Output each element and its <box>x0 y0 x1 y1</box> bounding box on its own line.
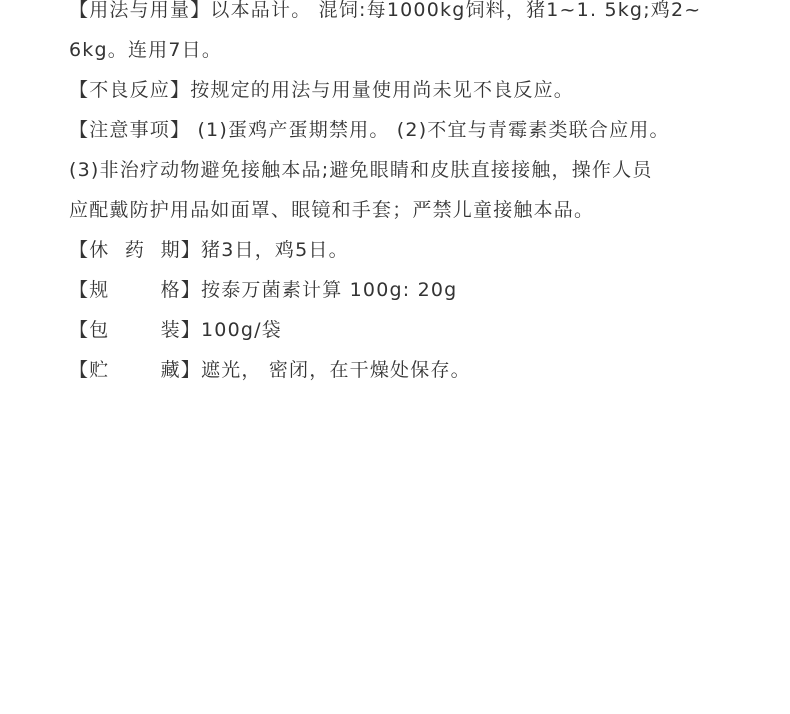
label-part: 药 <box>125 230 145 270</box>
label-part: 藏】 <box>161 350 201 390</box>
packaging-label: 【包 装】 <box>69 310 201 350</box>
precautions-text: (1)蛋鸡产蛋期禁用。 (2)不宜与青霉素类联合应用。 <box>190 119 670 141</box>
label-part: 装】 <box>161 310 201 350</box>
withdrawal-period-line: 【休 药 期】 猪3日，鸡5日。 <box>69 230 729 270</box>
label-part: 【规 <box>69 270 109 310</box>
packaging-line: 【包 装】 100g/袋 <box>69 310 729 350</box>
storage-label: 【贮 藏】 <box>69 350 201 390</box>
precautions-line-2: (3)非治疗动物避免接触本品;避免眼睛和皮肤直接接触，操作人员 <box>69 150 729 190</box>
precautions-label: 【注意事项】 <box>69 110 190 150</box>
precautions-line-1: 【注意事项】 (1)蛋鸡产蛋期禁用。 (2)不宜与青霉素类联合应用。 <box>69 110 729 150</box>
product-instructions: 【用法与用量】以本品计。 混饲:每1000kg饲料，猪1~1. 5kg;鸡2~ … <box>69 0 729 390</box>
storage-line: 【贮 藏】 遮光， 密闭，在干燥处保存。 <box>69 350 729 390</box>
precautions-text-continued-2: 应配戴防护用品如面罩、眼镜和手套；严禁儿童接触本品。 <box>69 199 594 221</box>
specification-text: 按泰万菌素计算 100g: 20g <box>201 279 457 301</box>
precautions-line-3: 应配戴防护用品如面罩、眼镜和手套；严禁儿童接触本品。 <box>69 190 729 230</box>
withdrawal-period-label: 【休 药 期】 <box>69 230 201 270</box>
storage-text: 遮光， 密闭，在干燥处保存。 <box>201 359 471 381</box>
adverse-reactions-line: 【不良反应】按规定的用法与用量使用尚未见不良反应。 <box>69 70 729 110</box>
withdrawal-period-text: 猪3日，鸡5日。 <box>201 239 349 261</box>
usage-dosage-line-2: 6kg。连用7日。 <box>69 30 729 70</box>
packaging-text: 100g/袋 <box>201 319 282 341</box>
usage-dosage-line-1: 【用法与用量】以本品计。 混饲:每1000kg饲料，猪1~1. 5kg;鸡2~ <box>69 0 729 30</box>
label-part: 【休 <box>69 230 109 270</box>
label-part: 【贮 <box>69 350 109 390</box>
specification-label: 【规 格】 <box>69 270 201 310</box>
usage-dosage-label: 【用法与用量】 <box>69 0 210 30</box>
label-part: 格】 <box>161 270 201 310</box>
adverse-reactions-text: 按规定的用法与用量使用尚未见不良反应。 <box>190 79 574 101</box>
usage-dosage-text-continued: 6kg。连用7日。 <box>69 39 222 61</box>
usage-dosage-text: 以本品计。 混饲:每1000kg饲料，猪1~1. 5kg;鸡2~ <box>210 0 701 21</box>
adverse-reactions-label: 【不良反应】 <box>69 70 190 110</box>
precautions-text-continued: (3)非治疗动物避免接触本品;避免眼睛和皮肤直接接触，操作人员 <box>69 159 653 181</box>
label-part: 【包 <box>69 310 109 350</box>
specification-line: 【规 格】 按泰万菌素计算 100g: 20g <box>69 270 729 310</box>
label-part: 期】 <box>161 230 201 270</box>
